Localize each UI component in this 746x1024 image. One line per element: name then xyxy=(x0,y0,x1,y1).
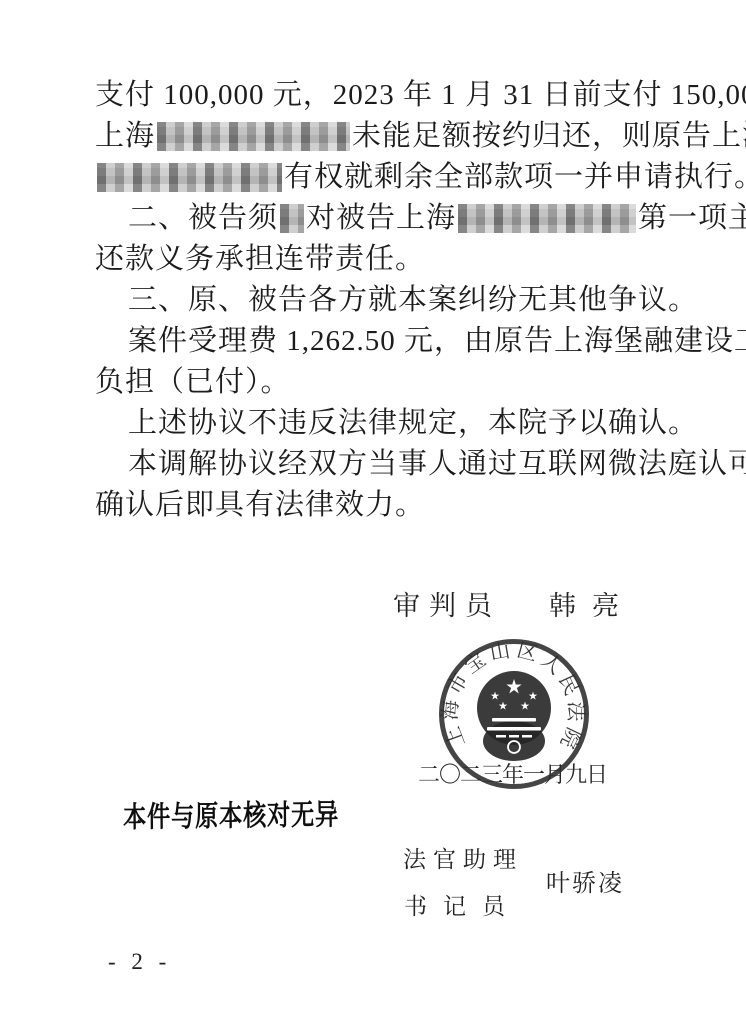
body-text-segment: 有权就剩余全部款项一并申请执行。 xyxy=(284,161,746,193)
body-text-segment: 三、原、被告各方就本案纠纷无其他争议。 xyxy=(128,284,698,316)
judge-name: 韩亮 xyxy=(549,591,635,621)
page-number: - 2 - xyxy=(108,949,171,975)
redaction-block xyxy=(157,122,350,151)
body-line: 三、原、被告各方就本案纠纷无其他争议。 xyxy=(95,280,670,321)
clerk-label: 书记员 xyxy=(404,888,521,921)
body-line: 案件受理费 1,262.50 元，由原告上海堡融建设工程有限公司 xyxy=(95,321,670,362)
redaction-block xyxy=(458,204,636,233)
redaction-block xyxy=(280,204,304,233)
national-emblem-icon xyxy=(477,671,551,761)
body-text-segment: 对被告上海 xyxy=(306,202,456,234)
clerk-name: 叶骄凌 xyxy=(546,863,624,898)
court-seal: 上海市宝山区人民法院 xyxy=(428,628,600,800)
body-line: 本调解协议经双方当事人通过互联网微法庭认可，本院予以 xyxy=(95,444,670,485)
body-text-segment: 本调解协议经双方当事人通过互联网微法庭认可，本院予以 xyxy=(128,448,746,480)
body-line: 负担（已付）。 xyxy=(95,362,670,403)
body-line: 还款义务承担连带责任。 xyxy=(95,239,670,280)
judge-signature-row: 审判员韩亮 xyxy=(393,584,635,623)
redaction-block xyxy=(97,163,282,192)
body-text-segment: 支付 100,000 元，2023 年 1 月 31 日前支付 150,000 … xyxy=(95,79,746,111)
verification-stamp: 本件与原本核对无异 xyxy=(123,792,339,836)
body-text-segment: 案件受理费 1,262.50 元，由原告上海堡融建设工程有限公司 xyxy=(128,325,746,357)
body-line: 支付 100,000 元，2023 年 1 月 31 日前支付 150,000 … xyxy=(95,75,670,116)
body-line: 上海未能足额按约归还，则原告上海 xyxy=(95,116,670,157)
body-text-segment: 第一项主文 xyxy=(638,202,746,234)
body-line: 上述协议不违反法律规定，本院予以确认。 xyxy=(95,403,670,444)
body-text-segment: 未能足额按约归还，则原告上海 xyxy=(352,120,746,152)
body-text-segment: 还款义务承担连带责任。 xyxy=(95,243,425,275)
body-line: 二、被告须对被告上海第一项主文 xyxy=(95,198,670,239)
assistant-judge-label: 法官助理 xyxy=(403,841,523,874)
body-text-segment: 上述协议不违反法律规定，本院予以确认。 xyxy=(128,407,698,439)
body-line: 确认后即具有法律效力。 xyxy=(95,485,670,526)
body-line: 有权就剩余全部款项一并申请执行。 xyxy=(95,157,670,198)
body-text-segment: 二、被告须 xyxy=(128,202,278,234)
scanned-court-document-page: 支付 100,000 元，2023 年 1 月 31 日前支付 150,000 … xyxy=(0,0,746,1024)
body-text-segment: 确认后即具有法律效力。 xyxy=(95,489,425,521)
body-text: 支付 100,000 元，2023 年 1 月 31 日前支付 150,000 … xyxy=(95,75,670,526)
judge-title-label: 审判员 xyxy=(393,591,501,621)
body-text-segment: 上海 xyxy=(95,120,155,152)
body-text-segment: 负担（已付）。 xyxy=(95,366,291,398)
